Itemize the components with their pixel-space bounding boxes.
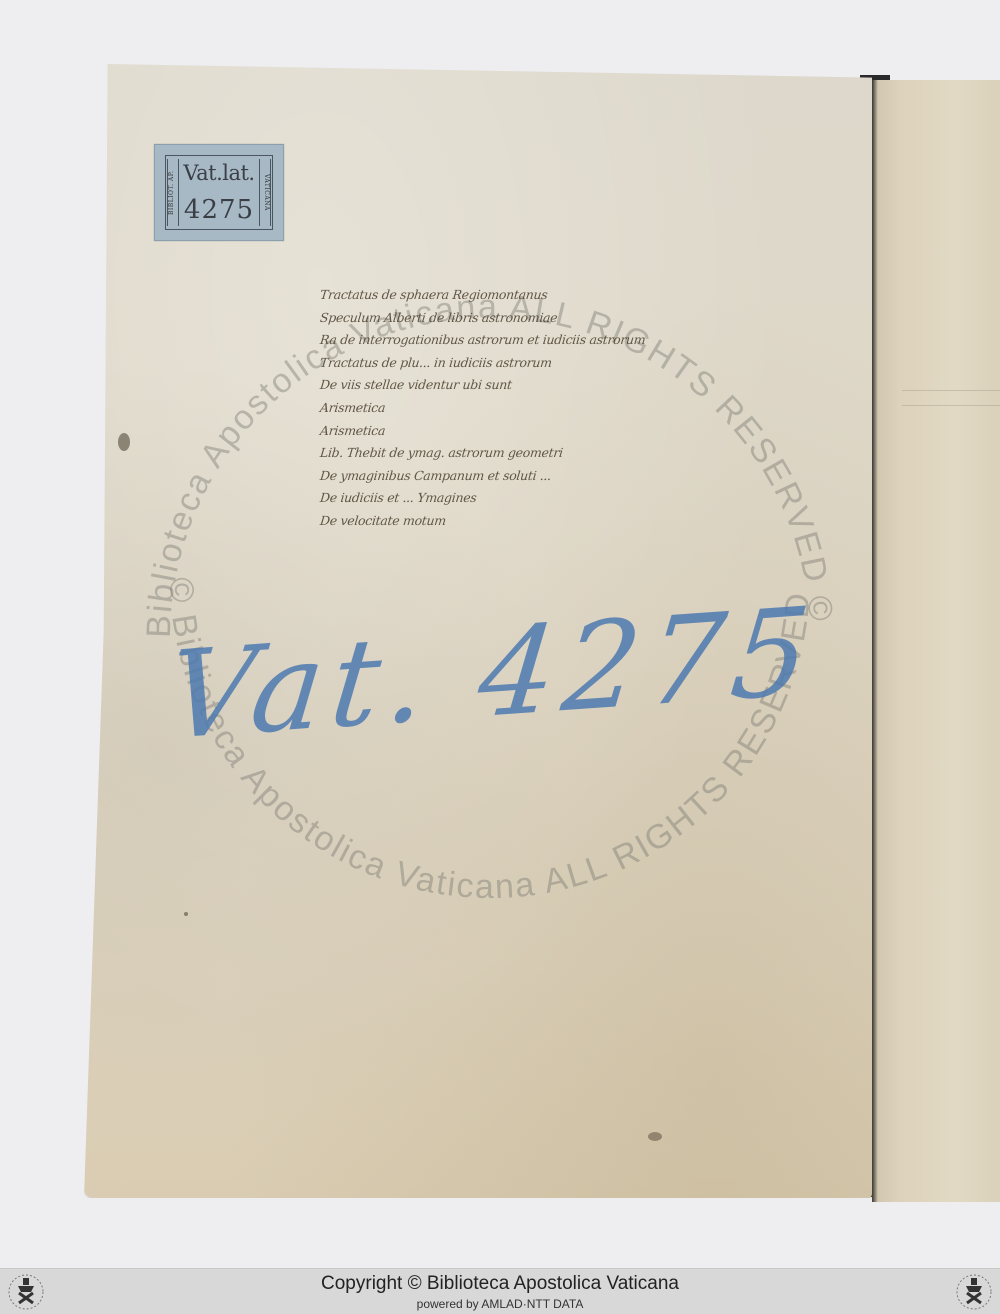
toc-line: Arismetica <box>319 420 761 443</box>
label-collection: Vat.lat. <box>177 161 261 185</box>
shelfmark-label: BIBLIOT. AP. VATICANA Vat.lat. 4275 <box>154 144 284 241</box>
toc-line: De iudiciis et ... Ymagines <box>319 487 761 510</box>
handwritten-contents-list: Tractatus de sphaera Regiomontanus Specu… <box>320 284 760 533</box>
stain-mark <box>118 433 130 451</box>
toc-line: Lib. Thebit de ymag. astrorum geometri <box>319 442 761 465</box>
toc-line: De viis stellae videntur ubi sunt <box>319 374 761 397</box>
toc-line: Tractatus de sphaera Regiomontanus <box>319 284 761 307</box>
toc-line: Arismetica <box>319 397 761 420</box>
stain-mark <box>184 912 188 916</box>
copyright-footer: Copyright © Biblioteca Apostolica Vatica… <box>0 1268 1000 1314</box>
toc-line: De velocitate motum <box>319 510 761 533</box>
toc-line: De ymaginibus Campanum et soluti ... <box>319 465 761 488</box>
image-viewer[interactable]: Biblioteca Apostolica Vaticana ALL RIGHT… <box>0 0 1000 1268</box>
vatican-library-logo-icon <box>954 1272 994 1312</box>
toc-line: Ra de interrogationibus astrorum et iudi… <box>319 329 761 352</box>
label-number: 4275 <box>177 195 261 225</box>
stain-mark <box>648 1132 662 1141</box>
facing-page <box>872 80 1000 1202</box>
toc-line: Speculum Alberti de libris astronomiae <box>319 307 761 330</box>
toc-line: Tractatus de plu... in iudiciis astrorum <box>319 352 761 375</box>
powered-by-text: powered by AMLAD·NTT DATA <box>0 1297 1000 1311</box>
copyright-text: Copyright © Biblioteca Apostolica Vatica… <box>0 1273 1000 1295</box>
